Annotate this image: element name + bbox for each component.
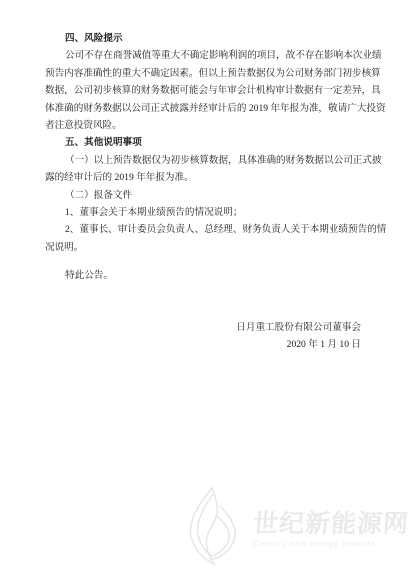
other-item1-line-2: 露的经审计后的 2019 年年报为准。 — [45, 169, 373, 186]
watermark: 世纪新能源网 Century new energy network — [183, 486, 409, 570]
watermark-en-text: Century new energy network — [253, 539, 376, 549]
risk-paragraph-line-2: 预告内容准确性的重大不确定因素。但以上预告数据仅为公司财务部门初步核算 — [45, 65, 373, 82]
risk-paragraph-line-4: 体准确的财务数据以公司正式披露并经审计后的 2019 年年报为准，敬请广大投资 — [45, 100, 373, 117]
announcement-page: 四、风险提示 公司不存在商誉减值等重大不确定影响利润的项目，故不存在影响本次业绩… — [0, 0, 414, 570]
filing-doc-2-line-2: 况说明。 — [45, 239, 373, 256]
watermark-text: 世纪新能源网 Century new energy network — [253, 509, 409, 549]
section-heading-risk: 四、风险提示 — [45, 30, 373, 47]
filing-doc-2-line-1: 2、董事长、审计委员会负责人、总经理、财务负责人关于本期业绩预告的情 — [45, 221, 373, 238]
risk-paragraph-line-5: 者注意投资风险。 — [45, 117, 373, 134]
filing-doc-1: 1、董事会关于本期业绩预告的情况说明； — [45, 204, 373, 221]
signature-block: 日月重工股份有限公司董事会 2020 年 1 月 10 日 — [45, 319, 373, 354]
other-item1-line-1: （一）以上预告数据仅为初步核算数据，具体准确的财务数据以公司正式披 — [45, 152, 373, 169]
flame-logo-icon — [183, 486, 245, 570]
signature-company: 日月重工股份有限公司董事会 — [45, 319, 361, 336]
signature-date: 2020 年 1 月 10 日 — [45, 336, 361, 353]
watermark-cn-text: 世纪新能源网 — [252, 509, 410, 539]
closing-statement: 特此公告。 — [45, 267, 373, 284]
other-item2-heading: （二）报备文件 — [45, 187, 373, 204]
risk-paragraph-line-3: 数据，公司初步核算的财务数据可能会与年审会计机构审计数据有一定差异，具 — [45, 82, 373, 99]
document-body: 四、风险提示 公司不存在商誉减值等重大不确定影响利润的项目，故不存在影响本次业绩… — [45, 30, 373, 354]
risk-paragraph-line-1: 公司不存在商誉减值等重大不确定影响利润的项目，故不存在影响本次业绩 — [45, 47, 373, 64]
section-heading-other: 五、其他说明事项 — [45, 134, 373, 151]
